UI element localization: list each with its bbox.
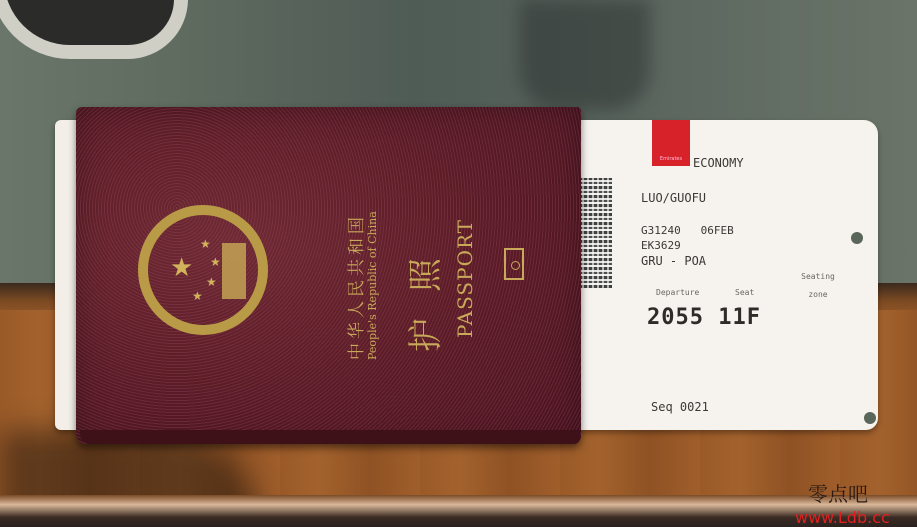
star-icon: ★ [170, 253, 193, 283]
booking-line: G31240 06FEB [641, 224, 734, 237]
passport-title-en: PASSPORT [453, 219, 477, 338]
national-emblem-icon: ★ ★ ★ ★ ★ [138, 205, 268, 335]
seat-label: Seat [735, 288, 754, 297]
departure-label: Departure [656, 288, 699, 297]
seating-zone-label: Seating zone [793, 268, 843, 304]
star-icon: ★ [200, 237, 211, 251]
star-icon: ★ [192, 289, 203, 303]
departure-seat-value: 2055 11F [647, 305, 761, 330]
airline-logo-icon: Emirates [652, 120, 690, 166]
star-icon: ★ [206, 275, 217, 289]
star-icon: ★ [210, 255, 221, 269]
tiananmen-icon [222, 243, 246, 299]
country-name-en: People's Republic of China [366, 211, 379, 360]
country-name-cn: 中华人民共和国 [342, 213, 367, 360]
shadow [520, 0, 650, 110]
flight-number: EK3629 [641, 239, 681, 252]
passport-title-cn: 护照 [398, 232, 447, 352]
route: GRU - POA [641, 254, 706, 268]
passenger-name: LUO/GUOFU [641, 191, 706, 205]
watermark-text: 零点吧 [808, 478, 868, 507]
biometric-chip-icon [504, 248, 524, 280]
sequence-number: Seq 0021 [651, 400, 709, 414]
pass-notch [864, 412, 876, 424]
cabin-class: ECONOMY [693, 156, 744, 170]
passport-spine [80, 430, 580, 444]
ledge-bottom-edge [0, 495, 917, 527]
watermark-url: www.Ldb.cc [795, 508, 890, 527]
pass-notch [851, 232, 863, 244]
